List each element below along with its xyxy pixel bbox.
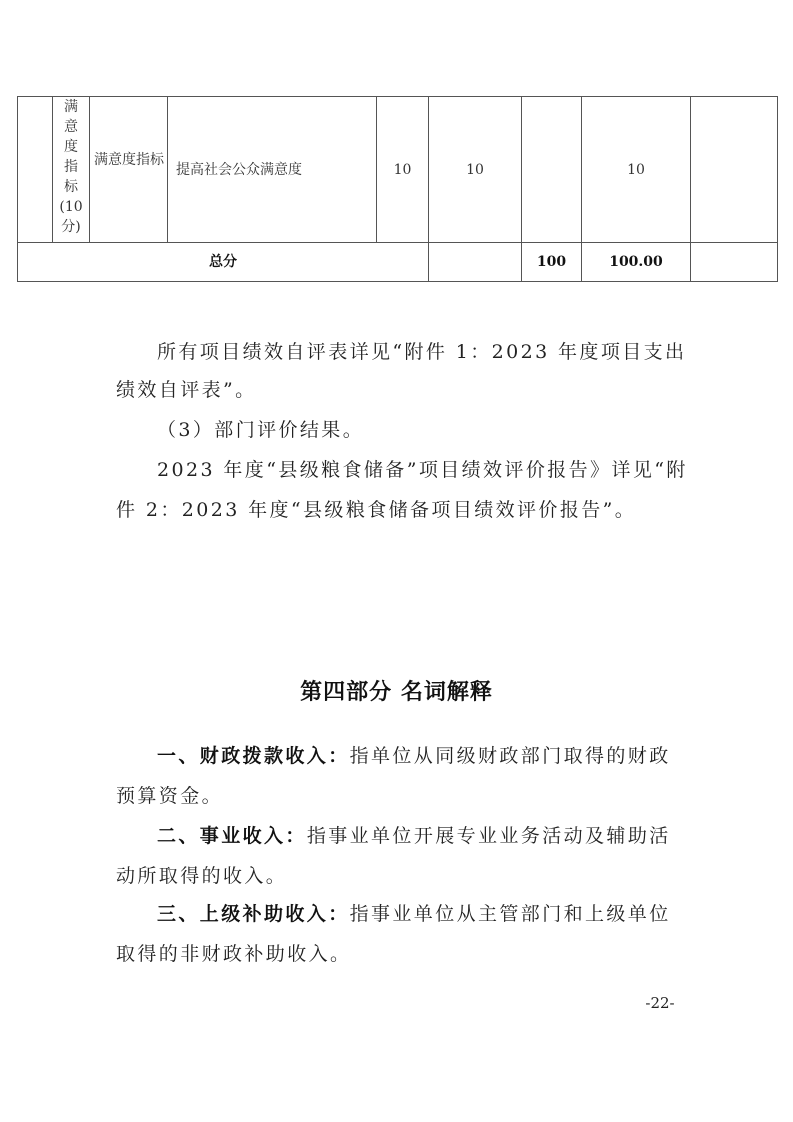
category-char: 分) [53,217,89,237]
term-definition-cont: 预算资金。 [116,781,676,808]
term-label: 三、上级补助收入： [157,903,350,925]
score-cell: 10 [582,160,690,180]
target-cell: 10 [429,160,521,180]
category-char: (10 [53,197,89,217]
term-item: 一、财政拨款收入：指单位从同级财政部门取得的财政 [157,741,717,768]
subcategory-cell: 满意度指标 [93,150,165,170]
term-definition: 指事业单位开展专业业务活动及辅助活 [307,825,671,847]
category-char: 度 [53,137,89,157]
table-border-top [17,96,778,97]
table-vline [777,96,778,282]
term-definition: 指事业单位从主管部门和上级单位 [350,903,671,925]
category-char: 满 [53,97,89,117]
term-item: 二、事业收入：指事业单位开展专业业务活动及辅助活 [157,821,717,848]
weight-cell: 10 [377,160,428,180]
table-vline [690,96,691,282]
page-number: -22- [630,994,690,1012]
term-definition-cont: 取得的非财政补助收入。 [116,939,676,966]
table-vline [89,96,90,242]
paragraph-self-eval-cont: 绩效自评表”。 [116,375,676,402]
paragraph-dept-eval: （3）部门评价结果。 [157,415,717,442]
term-item: 三、上级补助收入：指事业单位从主管部门和上级单位 [157,899,717,926]
paragraph-self-eval: 所有项目绩效自评表详见“附件 1：2023 年度项目支出 [157,337,717,364]
term-label: 二、事业收入： [157,825,307,847]
term-definition-cont: 动所取得的收入。 [116,861,676,888]
term-definition: 指单位从同级财政部门取得的财政 [350,745,671,767]
table-border-bottom [17,281,778,282]
category-char: 标 [53,177,89,197]
total-score: 100.00 [582,252,690,272]
section-title: 第四部分 名词解释 [0,675,793,706]
category-char: 指 [53,157,89,177]
term-label: 一、财政拨款收入： [157,745,350,767]
table-vline [428,96,429,282]
table-vline [167,96,168,242]
paragraph-report-cont: 件 2：2023 年度“县级粮食储备项目绩效评价报告”。 [116,495,676,522]
paragraph-report: 2023 年度“县级粮食储备”项目绩效评价报告》详见“附 [157,455,717,482]
total-weight: 100 [522,252,581,272]
category-char: 意 [53,117,89,137]
category-cell: 满 意 度 指 标 (10 分) [53,97,89,237]
indicator-cell: 提高社会公众满意度 [176,160,302,180]
table-border-mid [17,242,778,243]
total-label: 总分 [18,252,428,272]
